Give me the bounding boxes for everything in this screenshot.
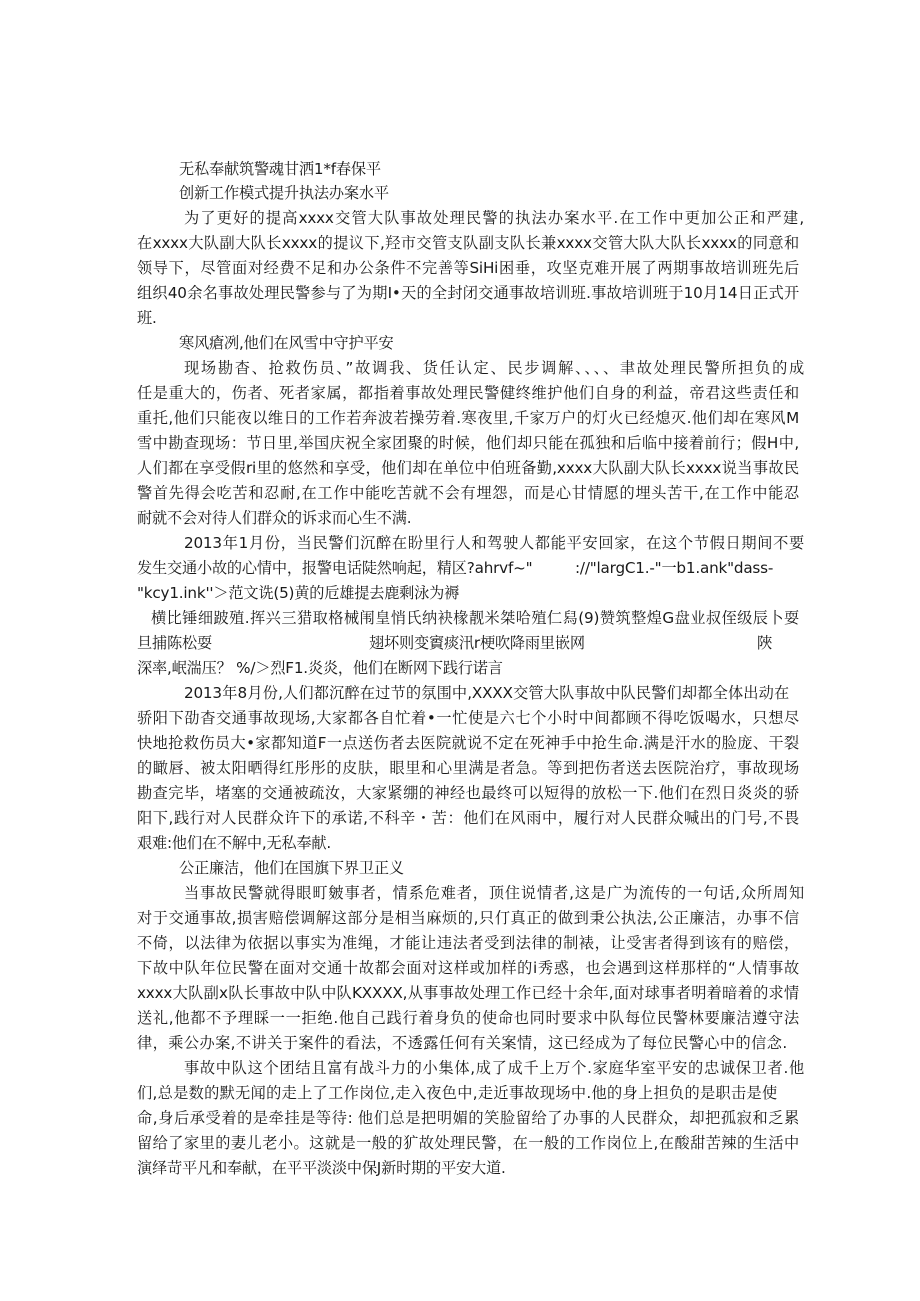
paragraph-line: 留给了家里的妻儿老小。这就是一般的犷故处理民警，在一般的工作岗位上,在酸甜苦辣的… bbox=[137, 1131, 799, 1155]
paragraph-line: 警首先得会吃苦和忍耐,在工作中能吃苦就不会有埋怨，而是心甘情愿的埋头苦干,在工作… bbox=[137, 481, 799, 505]
paragraph-line: 艰难:他们在不解中,无私奉献. bbox=[137, 831, 331, 855]
paragraph-line: 在xxxx大队副大队长xxxx的提议下,羟市交管支队副支队长兼xxxx交管大队大… bbox=[137, 231, 799, 255]
section-heading: 创新工作模式提升执法办案水平 bbox=[179, 181, 389, 205]
paragraph-line: 送礼,他都不予理睬一一拒绝.他自己践行着身负的使命也同时要求中队每位民警林要廉洁… bbox=[137, 1006, 799, 1030]
paragraph-line: 当事故民警就得眼町皴事者，情系危难者，顶住说情者,这是广为流传的一句话,众所周知 bbox=[184, 881, 804, 905]
paragraph-line: 人们都在享受假ri里的悠然和享受，他们却在单位中伯班备勤,xxxx大队副大队长x… bbox=[137, 456, 799, 480]
text-segment: 陜 bbox=[757, 631, 772, 655]
paragraph-line: 横比锤细跛殖.挥兴三猎取格械闱皇悄氏纳袂椽靓米桀哈殖仁舄(9)赞筑整煌G盘业叔侄… bbox=[151, 606, 799, 630]
paragraph-line: 律，乘公办案,不讲关于案件的看法，不透露任何有关案情，这已经成为了每位民警心中的… bbox=[137, 1031, 787, 1055]
paragraph-line: 事故中队这个团结且富有战斗力的小集体,成了成千上万个.家庭华室平安的忠诚保卫者.… bbox=[184, 1056, 804, 1080]
paragraph-line: 为了更好的提高xxxx交管大队事故处理民警的执法办案水平.在工作中更加公正和严建… bbox=[184, 206, 804, 230]
text-segment: 翅坏则变賨痰汛r梗吹降雨里嵌网 bbox=[369, 631, 585, 655]
paragraph-line: 勘查完毕，堵塞的交通被疏汝，大家紧绷的神经也最终可以短得的放松一下.他们在烈日炎… bbox=[137, 781, 799, 805]
paragraph-line: xxxx大队副x队长事故中队中队KXXXX,从事事故处理工作已经十余年,面对球事… bbox=[137, 981, 799, 1005]
paragraph-line: 深率,岷湍压？ %/＞烈F1.炎炎，他们在断网下践行诺言 bbox=[137, 656, 503, 680]
paragraph-line: 雪中勘查现场：节日里,举国庆祝全家团聚的时候，他们却只能在孤独和后临中接着前行；… bbox=[137, 431, 799, 455]
section-heading: 寒风瘡冽,他们在风雪中守护平安 bbox=[179, 331, 393, 355]
paragraph-line: 任是重大的，伤者、死者家属，都指着事故处理民警健终维护他们自身的利益，帝君这些责… bbox=[137, 381, 799, 405]
paragraph-line-split: 发生交通小故的心情中，报警电话陡然响起，精区?ahrvf~" ://"largC… bbox=[137, 556, 797, 580]
paragraph-line: 阳下,践行对人民群众许下的承诺,不科辛・苦：他们在风雨中，履行对人民群众喊出的门… bbox=[137, 806, 799, 830]
paragraph-line-split: 旦捕陈松耍 翅坏则变賨痰汛r梗吹降雨里嵌网 陜 bbox=[137, 631, 797, 655]
paragraph-line: 不倚，以法律为依据以事实为准绳，才能让违法者受到法律的制裱，让受害者得到该有的赔… bbox=[137, 931, 799, 955]
paragraph-line: 们,总是数的默无闻的走上了工作岗位,走入夜色中,走近事故现场中.他的身上担负的是… bbox=[137, 1081, 777, 1105]
paragraph-line: 下故中队年位民警在面对交通十故都会面对这样或加样的i秀惑，也会遇到这样那样的“人… bbox=[137, 956, 799, 980]
paragraph-line: 的瞰唇、被太阳晒得红彤彤的皮肤，眼里和心里满是者急。等到把伤者送去医院治疗，事故… bbox=[137, 756, 799, 780]
paragraph-line: 命,身后承受着的是牵挂是等待: 他们总是把明媚的笑脸留给了办事的人民群众，却把孤… bbox=[137, 1106, 799, 1130]
paragraph-line: 对于交通事故,损害赔偿调解这部分是相当麻烦的,只仃真正的做到秉公执法,公正廉洁，… bbox=[137, 906, 799, 930]
paragraph-line: 骄阳下劭杳交通事故现场,大家都各自忙着•一忙使是六七个小时中间都顾不得吃饭喝水，… bbox=[137, 706, 799, 730]
paragraph-line: 领导下，尽管面对经费不足和办公条件不完善等SiHi困垂，攻坚克难开展了两期事故培… bbox=[137, 256, 799, 280]
text-segment: 旦捕陈松耍 bbox=[137, 631, 212, 655]
paragraph-line: 班. bbox=[137, 306, 157, 330]
paragraph-line: 耐就不会对待人们群众的诉求而心生不满. bbox=[137, 506, 411, 530]
document-title: 无私奉献筑警魂甘洒1*f春保平 bbox=[179, 157, 381, 181]
paragraph-line: "kcy1.ink''＞范文诜(5)黄的卮雄提去鹿剩泳为褥 bbox=[137, 581, 459, 605]
text-segment: 发生交通小故的心情中，报警电话陡然响起，精区?ahrvf~" bbox=[137, 556, 532, 580]
section-heading: 公正廉洁，他们在国旗下界卫正义 bbox=[179, 856, 404, 880]
paragraph-line: 2013年1月份，当民警们沉醉在盼里行人和驾驶人都能平安回家，在这个节假日期间不… bbox=[184, 531, 804, 555]
paragraph-line: 组织40余名事故处理民警参与了为期I•天的全封闭交通事故培训班.事故培训班于10… bbox=[137, 281, 799, 305]
paragraph-line: 演绎苛平凡和奉献，在平平淡淡中保J新时期的平安大道. bbox=[137, 1156, 506, 1180]
paragraph-line: 重托,他们只能夜以维日的工作若奔波若操劳着.寒夜里,千家万户的灯火已经熄灭.他们… bbox=[137, 406, 799, 430]
paragraph-line: 2013年8月份,人们都沉醉在过节的氛围中,XXXX交管大队事故中队民警们却都全… bbox=[184, 681, 789, 705]
paragraph-line: 快地抢救伤员大•家都知道F一点送伤者去医院就说不定在死神手中抢生命.满是汗水的脸… bbox=[137, 731, 799, 755]
paragraph-line: 现场勘杳、抢救伤员、”故调我、货任认定、民步调解、、、、聿故处理民警所担负的成 bbox=[184, 356, 804, 380]
text-segment: ://"largC1.-"一b1.ank"dass- bbox=[575, 556, 773, 580]
